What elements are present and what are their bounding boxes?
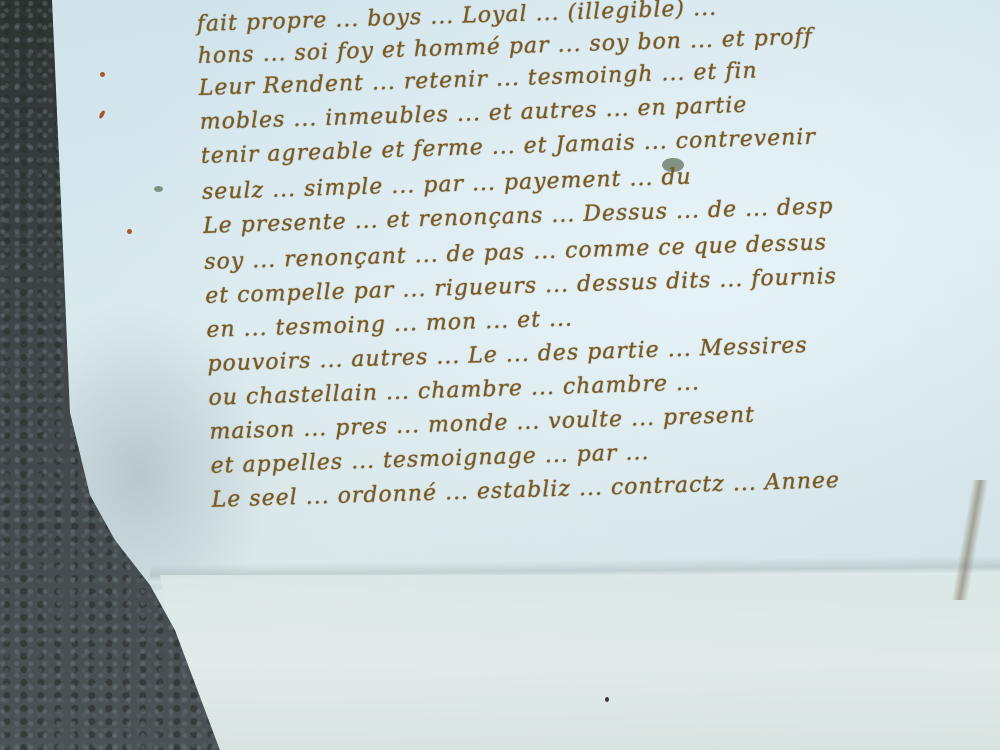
manuscript-line: maison ... pres ... monde ... voulte ...… xyxy=(209,403,755,445)
manuscript-line: et appelles ... tesmoignage ... par ... xyxy=(210,440,649,479)
rust-stain xyxy=(127,229,132,234)
ink-speck xyxy=(605,697,609,702)
rust-stain xyxy=(100,72,105,77)
manuscript-line: ou chastellain ... chambre ... chambre .… xyxy=(208,370,700,410)
parchment-folded-flap xyxy=(160,575,1000,750)
mold-stain xyxy=(154,186,163,192)
parchment-crease-right xyxy=(940,480,1000,600)
manuscript-line: seulz ... simple ... par ... payement ..… xyxy=(202,165,692,205)
rust-stain xyxy=(98,110,106,120)
